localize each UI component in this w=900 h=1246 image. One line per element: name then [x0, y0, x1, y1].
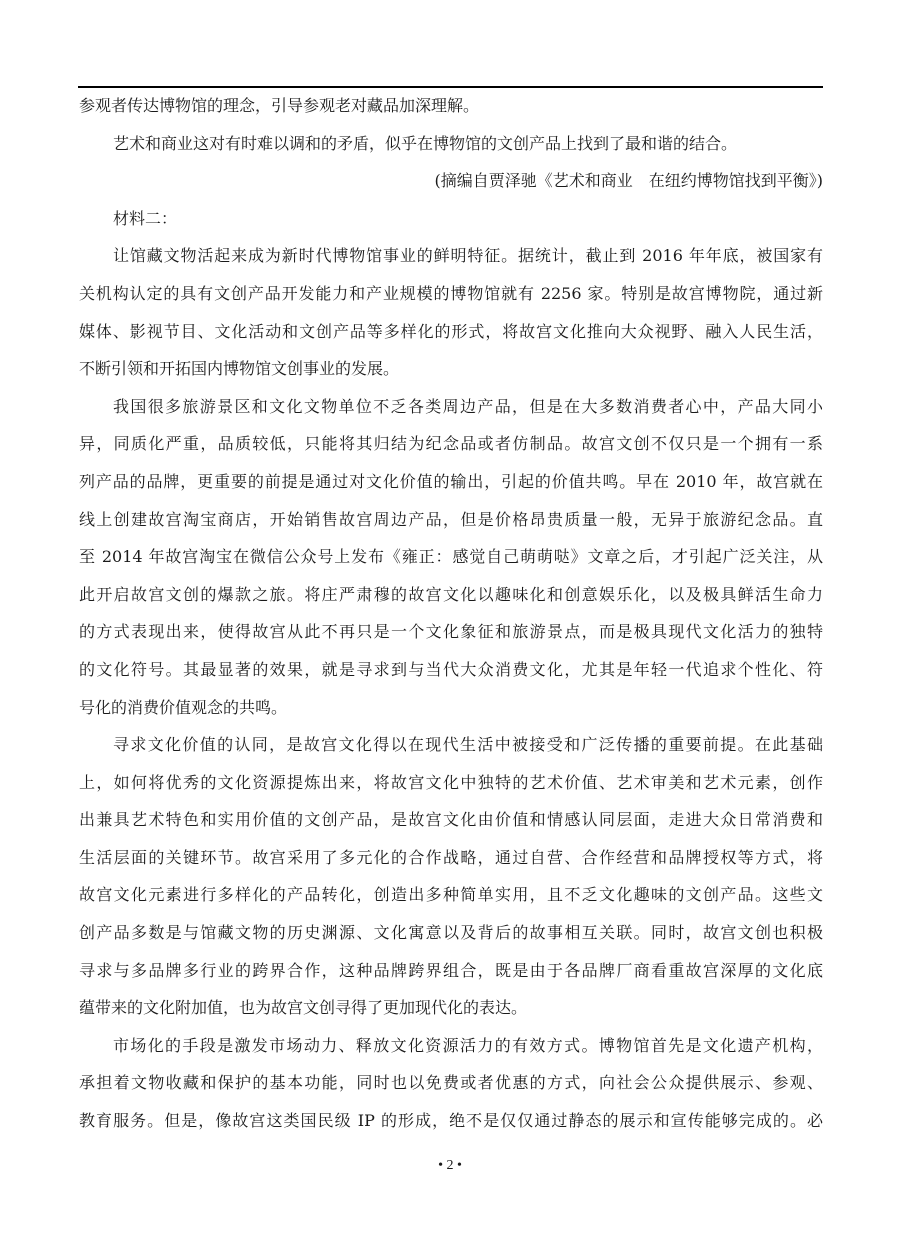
text-line: 列产品的品牌，更重要的前提是通过对文化价值的输出，引起的价值共鸣。早在 2010…: [79, 469, 823, 507]
text-line: 创产品多数是与馆藏文物的历史渊源、文化寓意以及背后的故事相互关联。同时，故宫文创…: [79, 920, 823, 958]
text-line: 的方式表现出来，使得故宫从此不再只是一个文化象征和旅游景点，而是极具现代文化活力…: [79, 619, 823, 657]
text-line: 寻求与多品牌多行业的跨界合作，这种品牌跨界组合，既是由于各品牌厂商看重故宫深厚的…: [79, 958, 823, 996]
text-line: 市场化的手段是激发市场动力、释放文化资源活力的有效方式。博物馆首先是文化遗产机构…: [79, 1033, 823, 1071]
text-line: 此开启故宫文创的爆款之旅。将庄严肃穆的故宫文化以趣味化和创意娱乐化，以及极具鲜活…: [79, 582, 823, 620]
document-body: 参观者传达博物馆的理念，引导参观老对藏品加深理解。 艺术和商业这对有时难以调和的…: [79, 93, 823, 1146]
text-line: 让馆藏文物活起来成为新时代博物馆事业的鲜明特征。据统计，截止到 2016 年年底…: [79, 243, 823, 281]
text-line: 参观者传达博物馆的理念，引导参观老对藏品加深理解。: [79, 93, 823, 131]
text-line: 我国很多旅游景区和文化文物单位不乏各类周边产品，但是在大多数消费者心中，产品大同…: [79, 394, 823, 432]
text-line: 号化的消费价值观念的共鸣。: [79, 695, 823, 733]
text-line: 寻求文化价值的认同，是故宫文化得以在现代生活中被接受和广泛传播的重要前提。在此基…: [79, 732, 823, 770]
text-line: 承担着文物收藏和保护的基本功能，同时也以免费或者优惠的方式，向社会公众提供展示、…: [79, 1070, 823, 1108]
text-line: 生活层面的关键环节。故宫采用了多元化的合作战略，通过自营、合作经营和品牌授权等方…: [79, 845, 823, 883]
section-heading: 材料二：: [79, 206, 823, 244]
text-line: 的文化符号。其最显著的效果，就是寻求到与当代大众消费文化，尤其是年轻一代追求个性…: [79, 657, 823, 695]
text-line: 媒体、影视节目、文化活动和文创产品等多样化的形式，将故宫文化推向大众视野、融入人…: [79, 319, 823, 357]
text-line: 蕴带来的文化附加值，也为故宫文创寻得了更加现代化的表达。: [79, 995, 823, 1033]
text-line: 线上创建故宫淘宝商店，开始销售故宫周边产品，但是价格昂贵质量一般，无异于旅游纪念…: [79, 507, 823, 545]
source-citation: (摘编自贾泽驰《艺术和商业 在纽约博物馆找到平衡》): [79, 168, 823, 206]
text-line: 故宫文化元素进行多样化的产品转化，创造出多种简单实用，且不乏文化趣味的文创产品。…: [79, 882, 823, 920]
text-line: 教育服务。但是，像故宫这类国民级 IP 的形成，绝不是仅仅通过静态的展示和宣传能…: [79, 1108, 823, 1146]
text-line: 出兼具艺术特色和实用价值的文创产品，是故宫文化由价值和情感认同层面，走进大众日常…: [79, 807, 823, 845]
text-line: 异，同质化严重，品质较低，只能将其归结为纪念品或者仿制品。故宫文创不仅只是一个拥…: [79, 431, 823, 469]
header-rule: [78, 86, 823, 88]
text-line: 艺术和商业这对有时难以调和的矛盾，似乎在博物馆的文创产品上找到了最和谐的结合。: [79, 131, 823, 169]
text-line: 上，如何将优秀的文化资源提炼出来，将故宫文化中独特的艺术价值、艺术审美和艺术元素…: [79, 770, 823, 808]
text-line: 不断引领和开拓国内博物馆文创事业的发展。: [79, 356, 823, 394]
text-line: 关机构认定的具有文创产品开发能力和产业规模的博物馆就有 2256 家。特别是故宫…: [79, 281, 823, 319]
page-number: • 2 •: [0, 1158, 900, 1174]
text-line: 至 2014 年故宫淘宝在微信公众号上发布《雍正：感觉自己萌萌哒》文章之后，才引…: [79, 544, 823, 582]
